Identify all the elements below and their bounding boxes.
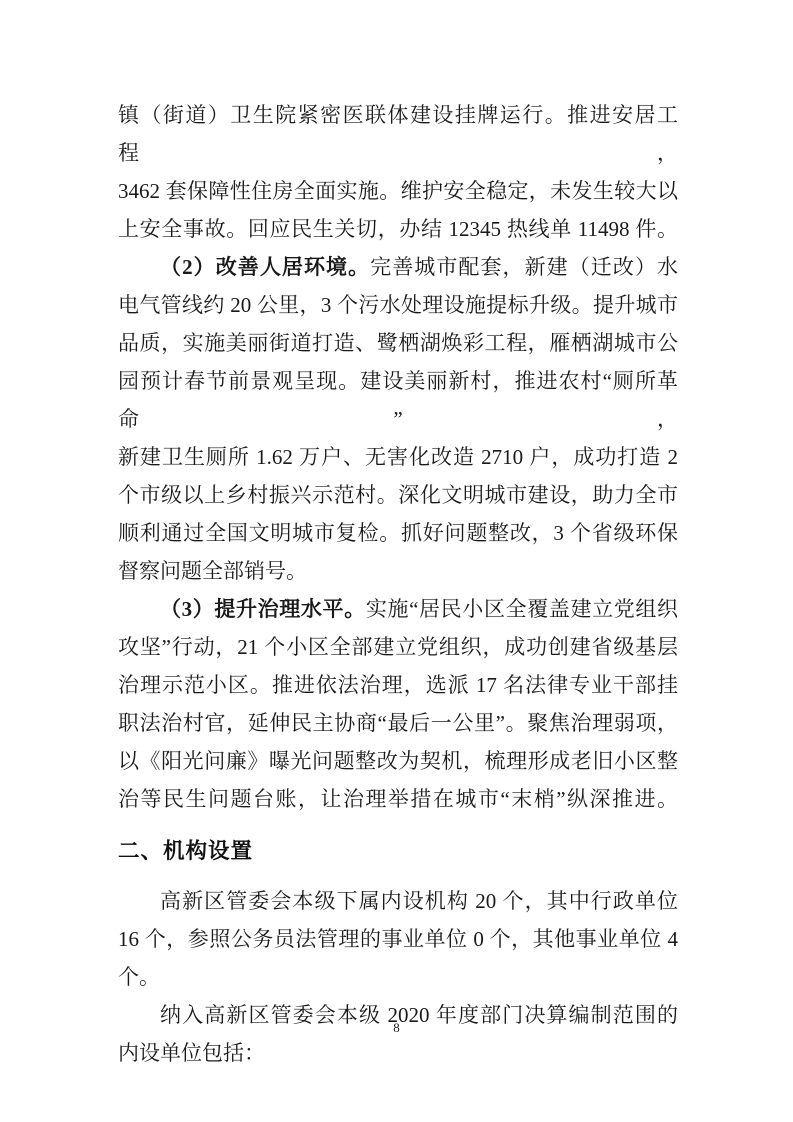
text-run: 治理示范小区。推进依法治理，选派 17 名法律专业干部挂: [118, 673, 678, 697]
text-line: （2）改善人居环境。完善城市配套，新建（迁改）水: [118, 248, 678, 286]
text-run: 攻坚”行动，21 个小区全部建立党组织，成功创建省级基层: [118, 635, 678, 659]
document-page: 镇（街道）卫生院紧密医联体建设挂牌运行。推进安居工程，3462 套保障性住房全面…: [0, 0, 793, 1122]
text-line: 治理示范小区。推进依法治理，选派 17 名法律专业干部挂: [118, 666, 678, 704]
text-run: 个。: [118, 965, 160, 989]
text-line: 镇（街道）卫生院紧密医联体建设挂牌运行。推进安居工程，: [118, 96, 678, 172]
text-line: 品质，实施美丽街道打造、鹭栖湖焕彩工程，雁栖湖城市公: [118, 324, 678, 362]
text-run: 电气管线约 20 公里，3 个污水处理设施提标升级。提升城市: [118, 293, 678, 317]
text-line: 顺利通过全国文明城市复检。抓好问题整改，3 个省级环保: [118, 514, 678, 552]
text-line: 治等民生问题台账，让治理举措在城市“末梢”纵深推进。: [118, 780, 678, 818]
text-run: 16 个，参照公务员法管理的事业单位 0 个，其他事业单位 4: [118, 927, 678, 951]
text-line: 16 个，参照公务员法管理的事业单位 0 个，其他事业单位 4: [118, 920, 678, 958]
text-line: 个。: [118, 958, 678, 996]
text-line: （3）提升治理水平。实施“居民小区全覆盖建立党组织: [118, 590, 678, 628]
para-livelihood-continuation: 镇（街道）卫生院紧密医联体建设挂牌运行。推进安居工程，3462 套保障性住房全面…: [118, 96, 678, 248]
text-run: 新建卫生厕所 1.62 万户、无害化改造 2710 户，成功打造 2: [118, 445, 678, 469]
page-number: 8: [0, 1020, 793, 1036]
bold-run: （3）提升治理水平。: [160, 597, 366, 621]
text-line: 个市级以上乡村振兴示范村。深化文明城市建设，助力全市: [118, 476, 678, 514]
text-run: 高新区管委会本级下属内设机构 20 个，其中行政单位: [160, 889, 678, 913]
text-run: 治等民生问题台账，让治理举措在城市“末梢”纵深推进。: [118, 787, 678, 811]
text-line: 内设单位包括：: [118, 1034, 678, 1072]
text-line: 以《阳光问廉》曝光问题整改为契机，梳理形成老旧小区整: [118, 742, 678, 780]
document-body: 镇（街道）卫生院紧密医联体建设挂牌运行。推进安居工程，3462 套保障性住房全面…: [118, 96, 678, 1072]
text-run: 3462 套保障性住房全面实施。维护安全稳定，未发生较大以: [118, 179, 678, 203]
text-run: 上安全事故。回应民生关切，办结 12345 热线单 11498 件。: [118, 217, 678, 241]
text-run: 品质，实施美丽街道打造、鹭栖湖焕彩工程，雁栖湖城市公: [118, 331, 678, 355]
text-run: 镇（街道）卫生院紧密医联体建设挂牌运行。推进安居工程，: [118, 103, 678, 165]
para-improve-living-environment: （2）改善人居环境。完善城市配套，新建（迁改）水电气管线约 20 公里，3 个污…: [118, 248, 678, 590]
para-improve-governance: （3）提升治理水平。实施“居民小区全覆盖建立党组织攻坚”行动，21 个小区全部建…: [118, 590, 678, 818]
text-run: 督察问题全部销号。: [118, 559, 307, 583]
text-run: 园预计春节前景观呈现。建设美丽新村，推进农村“厕所革命”，: [118, 369, 678, 431]
para-organization-counts: 高新区管委会本级下属内设机构 20 个，其中行政单位16 个，参照公务员法管理的…: [118, 882, 678, 996]
text-line: 攻坚”行动，21 个小区全部建立党组织，成功创建省级基层: [118, 628, 678, 666]
text-run: 职法治村官，延伸民主协商“最后一公里”。聚焦治理弱项，: [118, 711, 678, 735]
text-run: 内设单位包括：: [118, 1041, 265, 1065]
text-run: 个市级以上乡村振兴示范村。深化文明城市建设，助力全市: [118, 483, 678, 507]
text-line: 新建卫生厕所 1.62 万户、无害化改造 2710 户，成功打造 2: [118, 438, 678, 476]
text-line: 高新区管委会本级下属内设机构 20 个，其中行政单位: [118, 882, 678, 920]
text-run: 顺利通过全国文明城市复检。抓好问题整改，3 个省级环保: [118, 521, 678, 545]
text-run: 以《阳光问廉》曝光问题整改为契机，梳理形成老旧小区整: [118, 749, 678, 773]
text-run: 完善城市配套，新建（迁改）水: [370, 255, 678, 279]
section-heading-organization-setup: 二、机构设置: [118, 832, 678, 870]
bold-run: （2）改善人居环境。: [160, 255, 370, 279]
text-line: 职法治村官，延伸民主协商“最后一公里”。聚焦治理弱项，: [118, 704, 678, 742]
text-line: 3462 套保障性住房全面实施。维护安全稳定，未发生较大以: [118, 172, 678, 210]
text-line: 园预计春节前景观呈现。建设美丽新村，推进农村“厕所革命”，: [118, 362, 678, 438]
text-line: 上安全事故。回应民生关切，办结 12345 热线单 11498 件。: [118, 210, 678, 248]
text-run: 实施“居民小区全覆盖建立党组织: [366, 597, 678, 621]
text-line: 督察问题全部销号。: [118, 552, 678, 590]
text-line: 电气管线约 20 公里，3 个污水处理设施提标升级。提升城市: [118, 286, 678, 324]
